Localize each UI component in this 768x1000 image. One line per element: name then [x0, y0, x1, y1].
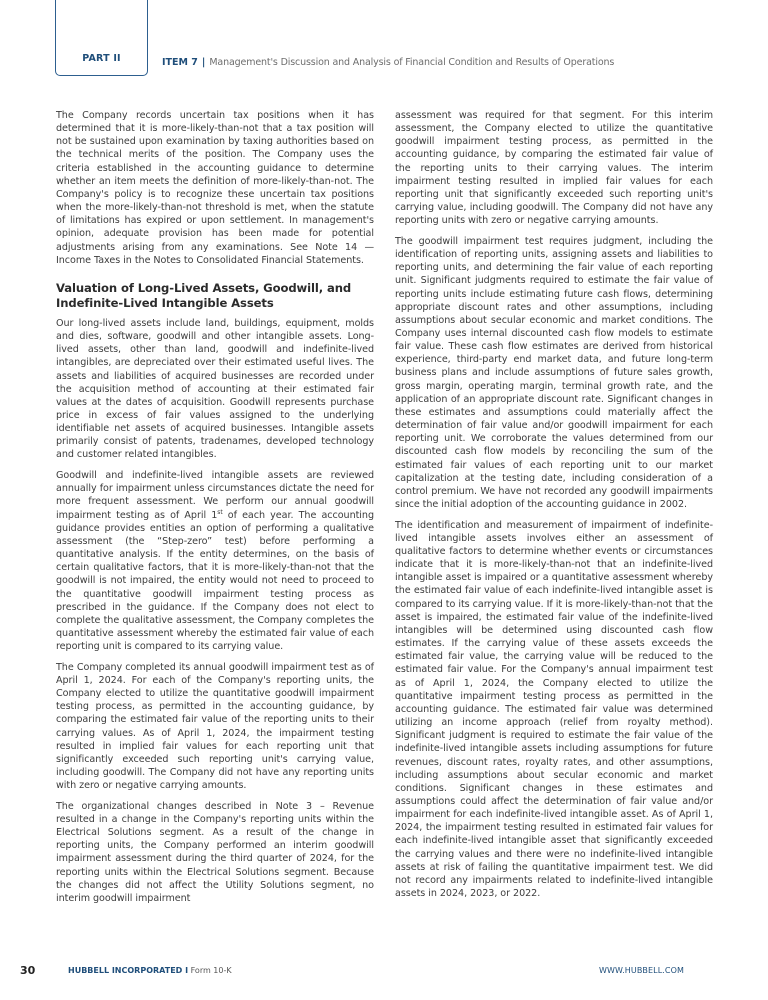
section-heading: Valuation of Long-Lived Assets, Goodwill… [56, 281, 374, 312]
company-name: HUBBELL INCORPORATED I [68, 966, 188, 975]
left-column: The Company records uncertain tax positi… [56, 109, 374, 913]
page-footer: 30 HUBBELL INCORPORATED I Form 10-K WWW.… [0, 964, 768, 980]
website-link[interactable]: WWW.HUBBELL.COM [599, 966, 684, 975]
item-title: Management's Discussion and Analysis of … [209, 57, 614, 68]
footer-company: HUBBELL INCORPORATED I Form 10-K [68, 966, 232, 975]
paragraph-indefinite-lived-intangibles: The identification and measurement of im… [395, 519, 713, 901]
paragraph-annual-test-2024: The Company completed its annual goodwil… [56, 661, 374, 793]
header-separator: | [202, 57, 205, 68]
item-number: ITEM 7 [162, 57, 198, 68]
section-header: ITEM 7|Management's Discussion and Analy… [162, 57, 614, 68]
page-number: 30 [20, 964, 35, 977]
right-column: assessment was required for that segment… [395, 109, 713, 908]
paragraph-long-lived-assets: Our long-lived assets include land, buil… [56, 317, 374, 462]
paragraph-interim-assessment: assessment was required for that segment… [395, 109, 713, 227]
part-label: PART II [56, 53, 147, 64]
form-type: Form 10-K [188, 966, 232, 975]
text: of each year. The accounting guidance pr… [56, 510, 374, 653]
paragraph-organizational-changes: The organizational changes described in … [56, 800, 374, 905]
paragraph-goodwill-judgment: The goodwill impairment test requires ju… [395, 235, 713, 511]
part-tab: PART II [55, 0, 148, 76]
paragraph-annual-review: Goodwill and indefinite-lived intangible… [56, 469, 374, 653]
paragraph-uncertain-tax: The Company records uncertain tax positi… [56, 109, 374, 267]
